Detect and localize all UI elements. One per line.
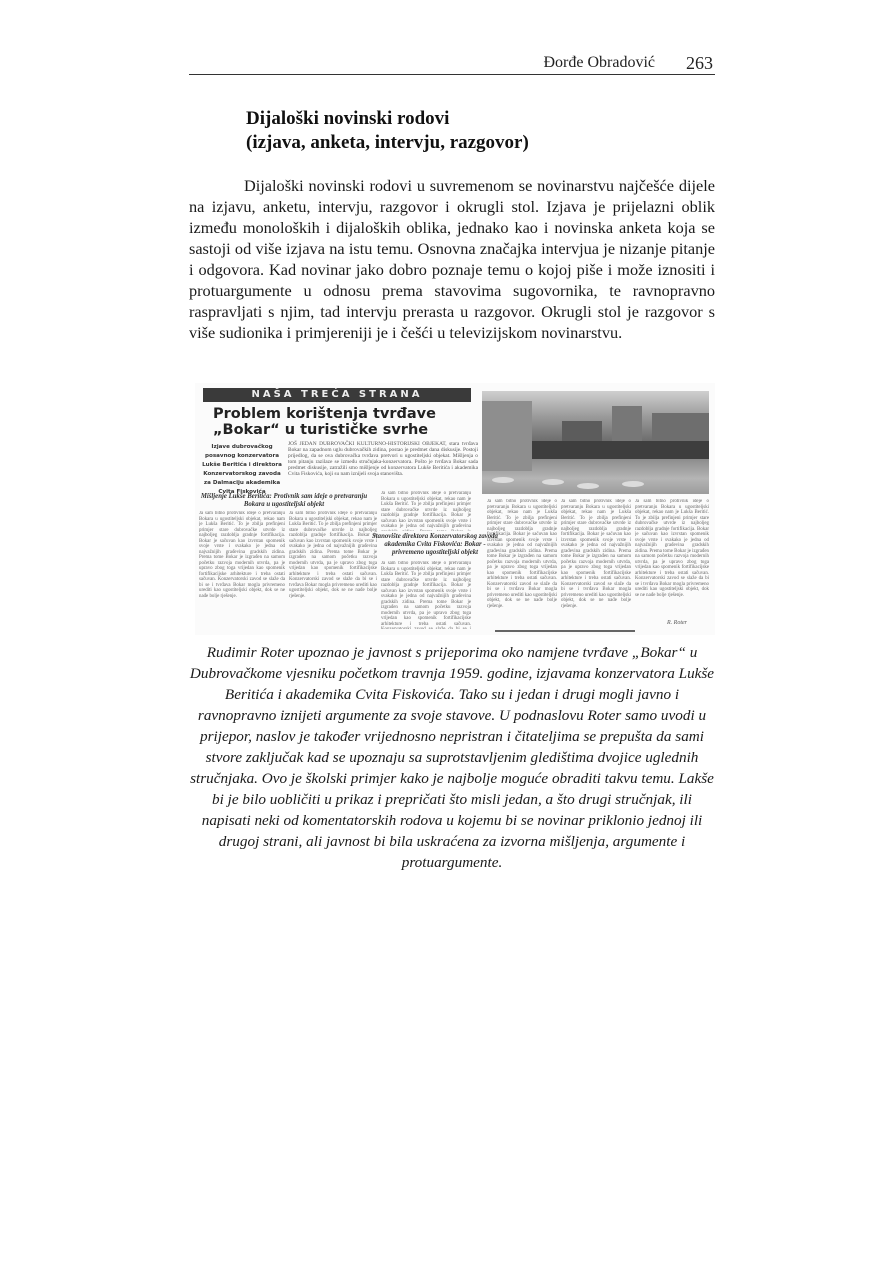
- clipping-column: Ja sam bitno protivnik ideje o pretvaran…: [381, 561, 471, 629]
- body-paragraph: Dijaloški novinski rodovi u suvremenom s…: [189, 175, 715, 343]
- painting-building: [612, 406, 642, 442]
- clipping-column: Ja sam bitno protivnik ideje o pretvaran…: [487, 499, 557, 629]
- painting-boat: [542, 479, 564, 485]
- header-author: Đorđe Obradović: [543, 54, 655, 72]
- clipping-column: Ja sam bitno protivnik ideje o pretvaran…: [199, 511, 285, 629]
- section-title-line-2: (izjava, anketa, intervju, razgovor): [246, 131, 706, 155]
- running-header: Đorđe Obradović 263: [189, 50, 715, 74]
- painting-boat: [577, 483, 599, 489]
- page-number: 263: [686, 53, 713, 74]
- painting-building: [652, 413, 709, 443]
- clipping-column: Ja sam bitno protivnik ideje o pretvaran…: [289, 511, 377, 629]
- painting-city-wall: [532, 441, 709, 459]
- painting-boat: [492, 477, 514, 483]
- clipping-headline-line-2: „Bokar“ u turističke svrhe: [213, 422, 478, 438]
- clipping-rule: [495, 630, 635, 632]
- section-title: Dijaloški novinski rodovi (izjava, anket…: [246, 107, 706, 155]
- clipping-lede: JOŠ JEDAN DUBROVAČKI KULTURNO-HISTORIJSK…: [288, 441, 478, 477]
- clipping-column: Ja sam bitno protivnik ideje o pretvaran…: [635, 499, 709, 619]
- clipping-subhead-fiskovic: Stanovište direktora Konzervatorskog zav…: [370, 533, 500, 557]
- header-rule: [189, 74, 715, 75]
- book-page: Đorđe Obradović 263 Dijaloški novinski r…: [0, 0, 892, 1263]
- clipping-headline-line-1: Problem korištenja tvrđave: [213, 406, 478, 422]
- clipping-headline: Problem korištenja tvrđave „Bokar“ u tur…: [213, 406, 478, 438]
- painting-building: [482, 401, 532, 471]
- figure-caption: Rudimir Roter upoznao je javnost s prije…: [189, 642, 715, 873]
- clipping-signature: R. Roter: [667, 620, 687, 626]
- newspaper-clipping-figure: NAŠA TREĆA STRANA Problem korištenja tvr…: [195, 383, 715, 635]
- clipping-banner: NAŠA TREĆA STRANA: [203, 388, 471, 402]
- painting-building: [562, 421, 602, 443]
- section-title-line-1: Dijaloški novinski rodovi: [246, 107, 706, 131]
- clipping-column: Ja sam bitno protivnik ideje o pretvaran…: [561, 499, 631, 629]
- painting-boat: [622, 481, 644, 487]
- clipping-subdeck: Izjave dubrovačkog posavnog konzervatora…: [201, 443, 283, 497]
- clipping-column: Ja sam bitno protivnik ideje o pretvaran…: [381, 491, 471, 531]
- painting-illustration: [482, 391, 709, 494]
- clipping-subhead-beritic: Mišljenje Lukše Beritića: Protivnik sam …: [199, 493, 369, 509]
